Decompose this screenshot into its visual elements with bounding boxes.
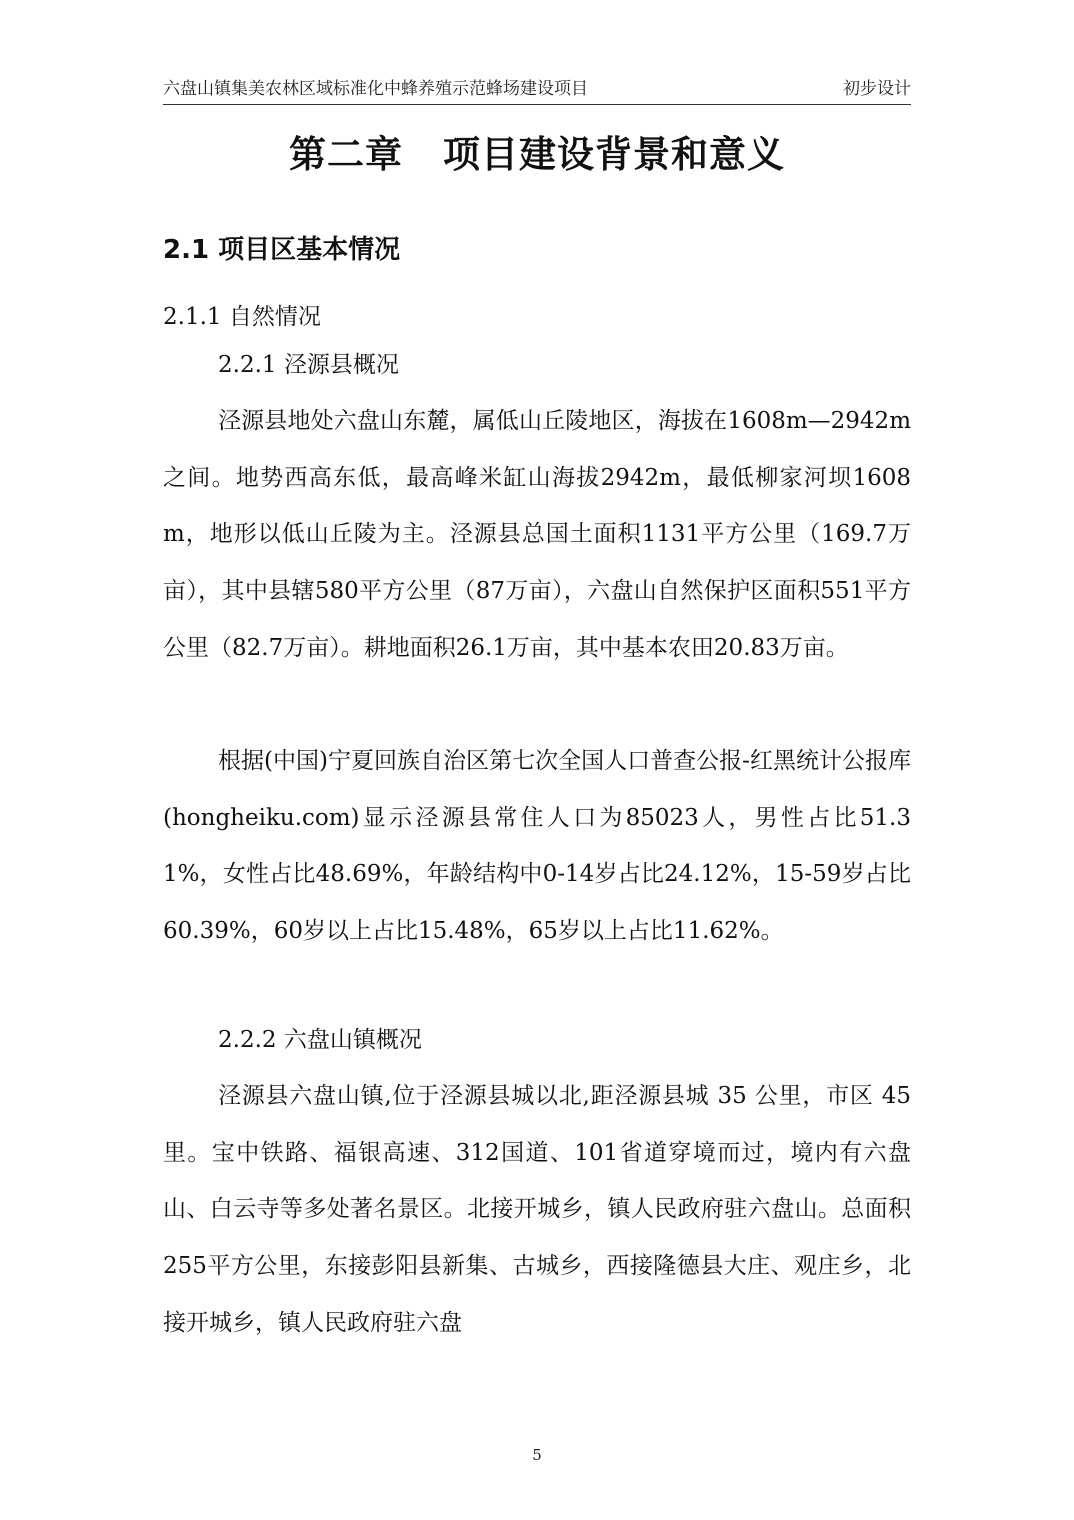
- page-number: 5: [0, 1446, 1074, 1464]
- paragraph-jingyuan-population: 根据(中国)宁夏回族自治区第七次全国人口普查公报-红黑统计公报库 (honghe…: [163, 733, 911, 960]
- page-header: 六盘山镇集美农林区域标准化中蜂养殖示范蜂场建设项目 初步设计: [163, 76, 911, 105]
- chapter-title: 第二章项目建设背景和意义: [163, 128, 911, 182]
- item-heading-jingyuan: 2.2.1 泾源县概况: [218, 348, 399, 382]
- item-heading-liupanshan: 2.2.2 六盘山镇概况: [218, 1023, 422, 1057]
- paragraph-liupanshan-overview: 泾源县六盘山镇,位于泾源县城以北,距泾源县城 35 公里，市区 45 里。宝中铁…: [163, 1068, 911, 1352]
- header-project-title: 六盘山镇集美农林区域标准化中蜂养殖示范蜂场建设项目: [163, 76, 588, 102]
- chapter-name: 项目建设背景和意义: [443, 133, 785, 176]
- section-heading: 2.1 项目区基本情况: [163, 230, 400, 270]
- header-doc-stage: 初步设计: [843, 76, 911, 102]
- chapter-number: 第二章: [289, 133, 403, 176]
- subsection-heading: 2.1.1 自然情况: [163, 300, 321, 334]
- paragraph-jingyuan-geography: 泾源县地处六盘山东麓，属低山丘陵地区，海拔在1608m—2942m之间。地势西高…: [163, 393, 911, 677]
